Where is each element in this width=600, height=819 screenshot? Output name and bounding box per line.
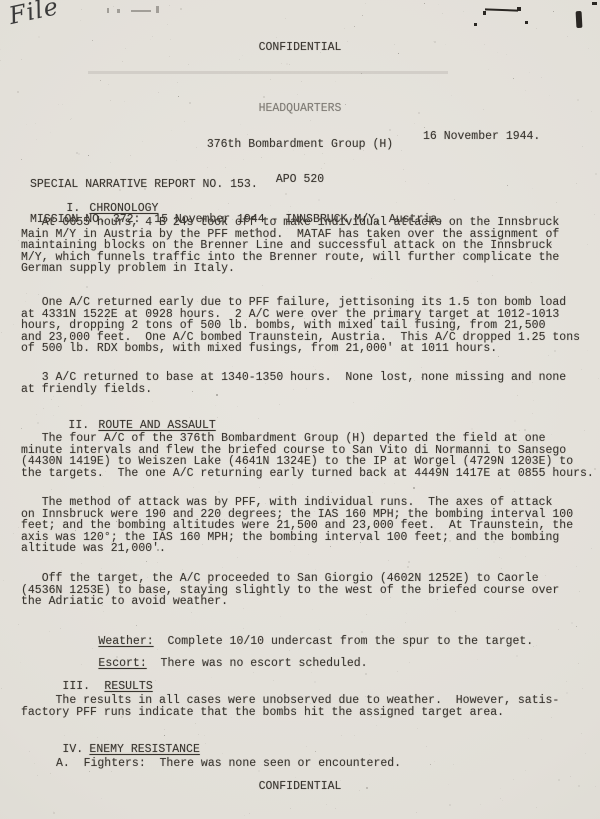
- section-number: II.: [68, 420, 98, 432]
- paragraph-chronology-2: One A/C returned early due to PFF failur…: [21, 297, 580, 355]
- paragraph-route-3: Off the target, the A/C proceeded to San…: [21, 573, 559, 608]
- section-number: IV.: [62, 744, 89, 756]
- paragraph-results-1: The results in all cases were unobserved…: [21, 695, 559, 718]
- document-content: CONFIDENTIAL HEADQUARTERS 376th Bombardm…: [0, 0, 600, 819]
- classification-bottom: CONFIDENTIAL: [0, 781, 600, 793]
- section-number: III.: [62, 681, 104, 693]
- paragraph-route-2: The method of attack was by PFF, with in…: [21, 497, 573, 555]
- section-title: ENEMY RESISTANCE: [89, 743, 199, 756]
- escort-label: Escort:: [98, 657, 146, 670]
- classification-top: CONFIDENTIAL: [0, 42, 600, 54]
- section-number: I.: [66, 203, 89, 215]
- section-title: ROUTE AND ASSAULT: [98, 419, 215, 432]
- section-title: RESULTS: [104, 680, 152, 693]
- fighters-item: A. Fighters: There was none seen or enco…: [56, 758, 401, 770]
- document-date: 16 November 1944.: [423, 131, 540, 143]
- escort-text: There was no escort scheduled.: [147, 657, 368, 670]
- org-name: HEADQUARTERS: [0, 103, 600, 115]
- report-title: SPECIAL NARRATIVE REPORT NO. 153.: [30, 179, 444, 191]
- paragraph-chronology-1: At 0655 hours, 4 B 24s took off to make …: [21, 217, 559, 275]
- paragraph-route-1: The four A/C of the 376th Bombardment Gr…: [21, 433, 594, 479]
- section-title: CHRONOLOGY: [89, 202, 158, 215]
- paragraph-chronology-3: 3 A/C returned to base at 1340-1350 hour…: [21, 372, 566, 395]
- document-page: File CONFIDENTIAL HEADQUARTERS 376th Bom…: [0, 0, 600, 819]
